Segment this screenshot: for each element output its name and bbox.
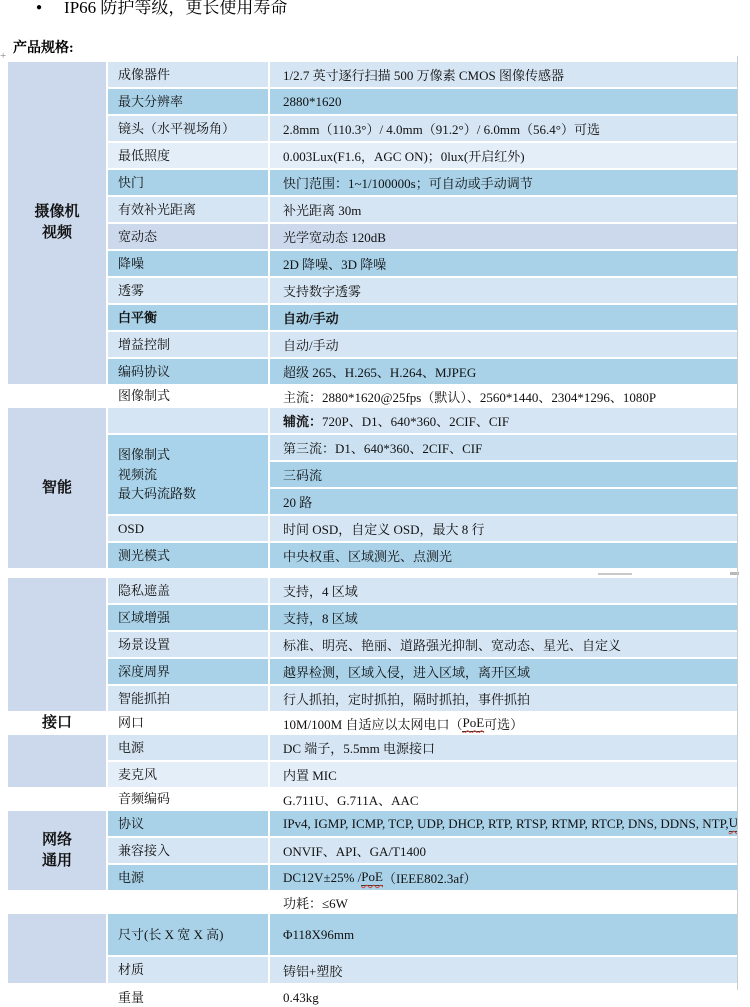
spec-white-row: 接口网口10M/100M 自适应以太网电口（PoE 可选） — [8, 713, 737, 735]
spec-value-cell: 越界检测，区域入侵，进入区域，离开区域 — [270, 659, 737, 686]
spec-white-row: 功耗：≤6W — [8, 892, 737, 914]
spec-value-cell: 快门范围：1~1/100000s；可自动或手动调节 — [270, 170, 737, 197]
spec-label-cell: OSD — [108, 516, 270, 543]
spellcheck-underlined-word: PoE — [462, 715, 484, 732]
page-right-edge-line — [737, 56, 738, 990]
spec-value-cell: 光学宽动态 120dB — [270, 224, 737, 251]
spec-white-row: 图像制式主流：2880*1620@25fps（默认）、2560*1440、230… — [8, 386, 737, 408]
spec-block: 电源DC 端子，5.5mm 电源接口麦克风内置 MIC — [8, 735, 737, 789]
spec-label-cell: 重量 — [108, 985, 270, 1007]
value-bold-prefix: 辅流： — [283, 411, 322, 430]
spec-label-cell: 隐私遮盖 — [108, 578, 270, 605]
spec-value-cell: 主流：2880*1620@25fps（默认）、2560*1440、2304*12… — [270, 386, 737, 408]
spec-block: 网络 通用协议IPv4, IGMP, ICMP, TCP, UDP, DHCP,… — [8, 811, 737, 892]
spec-value-cell: 10M/100M 自适应以太网电口（PoE 可选） — [270, 713, 737, 735]
spec-label-cell: 场景设置 — [108, 632, 270, 659]
gap-artifact — [598, 573, 632, 575]
spec-block: 隐私遮盖支持，4 区域区域增强支持，8 区域场景设置标准、明亮、艳丽、道路强光抑… — [8, 578, 737, 713]
spec-value-cell: 行人抓拍，定时抓拍，隔时抓拍，事件抓拍 — [270, 686, 737, 713]
spec-label-cell: 尺寸(长 X 宽 X 高) — [108, 914, 270, 957]
spec-label-cell — [108, 408, 270, 435]
group-cell: 接口 — [8, 713, 108, 735]
spec-table: 摄像机 视频成像器件1/2.7 英寸逐行扫描 500 万像素 CMOS 图像传感… — [8, 62, 737, 1007]
spec-value-cell: 支持，4 区域 — [270, 578, 737, 605]
spec-value-cell: IPv4, IGMP, ICMP, TCP, UDP, DHCP, RTP, R… — [270, 811, 737, 838]
spec-label-cell: 麦克风 — [108, 762, 270, 789]
spec-value-cell: DC 端子，5.5mm 电源接口 — [270, 735, 737, 762]
spec-label-cell: 电源 — [108, 865, 270, 892]
spec-label-cell: 深度周界 — [108, 659, 270, 686]
spec-label-cell: 测光模式 — [108, 543, 270, 570]
spec-value-cell: 20 路 — [270, 489, 737, 516]
spec-value-cell: 2D 降噪、3D 降噪 — [270, 251, 737, 278]
spec-white-row: 重量0.43kg — [8, 985, 737, 1007]
spec-value-cell: 自动/手动 — [270, 305, 737, 332]
spec-label-cell: 智能抓拍 — [108, 686, 270, 713]
spec-label-cell: 宽动态 — [108, 224, 270, 251]
spec-label-cell: 图像制式 视频流 最大码流路数 — [108, 435, 270, 516]
spec-label-cell: 镜头（水平视场角） — [108, 116, 270, 143]
spellcheck-underlined-word: PoE — [361, 869, 383, 886]
spec-label-cell: 音频编码 — [108, 789, 270, 811]
spec-value-cell: 标准、明亮、艳丽、道路强光抑制、宽动态、星光、自定义 — [270, 632, 737, 659]
document-page: ●IP66 防护等级，更长使用寿命 产品规格: + 摄像机 视频成像器件1/2.… — [0, 0, 750, 1007]
spec-block: 智能辅流：720P、D1、640*360、2CIF、CIF图像制式 视频流 最大… — [8, 408, 737, 570]
feature-bullet-text: IP66 防护等级，更长使用寿命 — [64, 0, 287, 17]
spec-value-cell: DC12V±25% / PoE（IEEE802.3af） — [270, 865, 737, 892]
table-split-gap — [8, 570, 737, 578]
spec-value-cell: G.711U、G.711A、AAC — [270, 789, 737, 811]
bullet-icon: ● — [36, 2, 42, 13]
group-cell: 网络 通用 — [8, 811, 108, 892]
spec-value-cell: 内置 MIC — [270, 762, 737, 789]
spec-value-cell: 支持数字透雾 — [270, 278, 737, 305]
spec-label-cell: 网口 — [108, 713, 270, 735]
spec-label-cell: 成像器件 — [108, 62, 270, 89]
spec-label-cell: 区域增强 — [108, 605, 270, 632]
spec-value-cell: Φ118X96mm — [270, 914, 737, 957]
spec-label-cell: 材质 — [108, 957, 270, 985]
spec-block: 尺寸(长 X 宽 X 高)Φ118X96mm材质铸铝+塑胶 — [8, 914, 737, 985]
feature-bullet-line: ●IP66 防护等级，更长使用寿命 — [36, 0, 287, 18]
spec-value-cell: 三码流 — [270, 462, 737, 489]
spec-label-cell: 最大分辨率 — [108, 89, 270, 116]
spec-label-cell — [108, 892, 270, 914]
group-cell — [8, 985, 108, 1007]
spec-label-cell: 降噪 — [108, 251, 270, 278]
spec-value-cell: 2.8mm（110.3°）/ 4.0mm（91.2°）/ 6.0mm（56.4°… — [270, 116, 737, 143]
spec-label-cell: 白平衡 — [108, 305, 270, 332]
spellcheck-underlined-word: UPnP — [729, 815, 737, 832]
spec-white-row: 音频编码G.711U、G.711A、AAC — [8, 789, 737, 811]
spec-value-cell: 0.43kg — [270, 985, 737, 1007]
spec-value-cell: 2880*1620 — [270, 89, 737, 116]
spec-value-cell: 超级 265、H.265、H.264、MJPEG — [270, 359, 737, 386]
spec-label-cell: 最低照度 — [108, 143, 270, 170]
spec-block: 摄像机 视频成像器件1/2.7 英寸逐行扫描 500 万像素 CMOS 图像传感… — [8, 62, 737, 386]
group-cell — [8, 914, 108, 985]
spec-label-cell: 图像制式 — [108, 386, 270, 408]
spec-value-cell: 时间 OSD，自定义 OSD，最大 8 行 — [270, 516, 737, 543]
spec-value-cell: 自动/手动 — [270, 332, 737, 359]
spec-value-cell: 功耗：≤6W — [270, 892, 737, 914]
section-title: 产品规格: — [13, 37, 74, 57]
spec-label-cell: 编码协议 — [108, 359, 270, 386]
spec-label-cell: 兼容接入 — [108, 838, 270, 865]
group-cell: 摄像机 视频 — [8, 62, 108, 386]
spec-value-cell: 补光距离 30m — [270, 197, 737, 224]
spec-value-cell: 中央权重、区域测光、点测光 — [270, 543, 737, 570]
spec-label-cell: 电源 — [108, 735, 270, 762]
group-cell — [8, 578, 108, 713]
spec-value-cell: 0.003Lux(F1.6，AGC ON)；0lux(开启红外) — [270, 143, 737, 170]
spec-value-cell: ONVIF、API、GA/T1400 — [270, 838, 737, 865]
group-cell: 智能 — [8, 408, 108, 570]
spec-label-cell: 增益控制 — [108, 332, 270, 359]
table-move-handle-icon[interactable]: + — [0, 50, 6, 62]
spec-label-cell: 协议 — [108, 811, 270, 838]
spec-value-cell: 1/2.7 英寸逐行扫描 500 万像素 CMOS 图像传感器 — [270, 62, 737, 89]
group-cell — [8, 386, 108, 408]
group-cell — [8, 892, 108, 914]
spec-value-cell: 辅流：720P、D1、640*360、2CIF、CIF — [270, 408, 737, 435]
spec-value-cell: 第三流：D1、640*360、2CIF、CIF — [270, 435, 737, 462]
spec-label-cell: 快门 — [108, 170, 270, 197]
spec-value-cell: 支持，8 区域 — [270, 605, 737, 632]
spec-label-cell: 有效补光距离 — [108, 197, 270, 224]
group-cell — [8, 735, 108, 789]
group-cell — [8, 789, 108, 811]
spec-value-cell: 铸铝+塑胶 — [270, 957, 737, 985]
spec-label-cell: 透雾 — [108, 278, 270, 305]
